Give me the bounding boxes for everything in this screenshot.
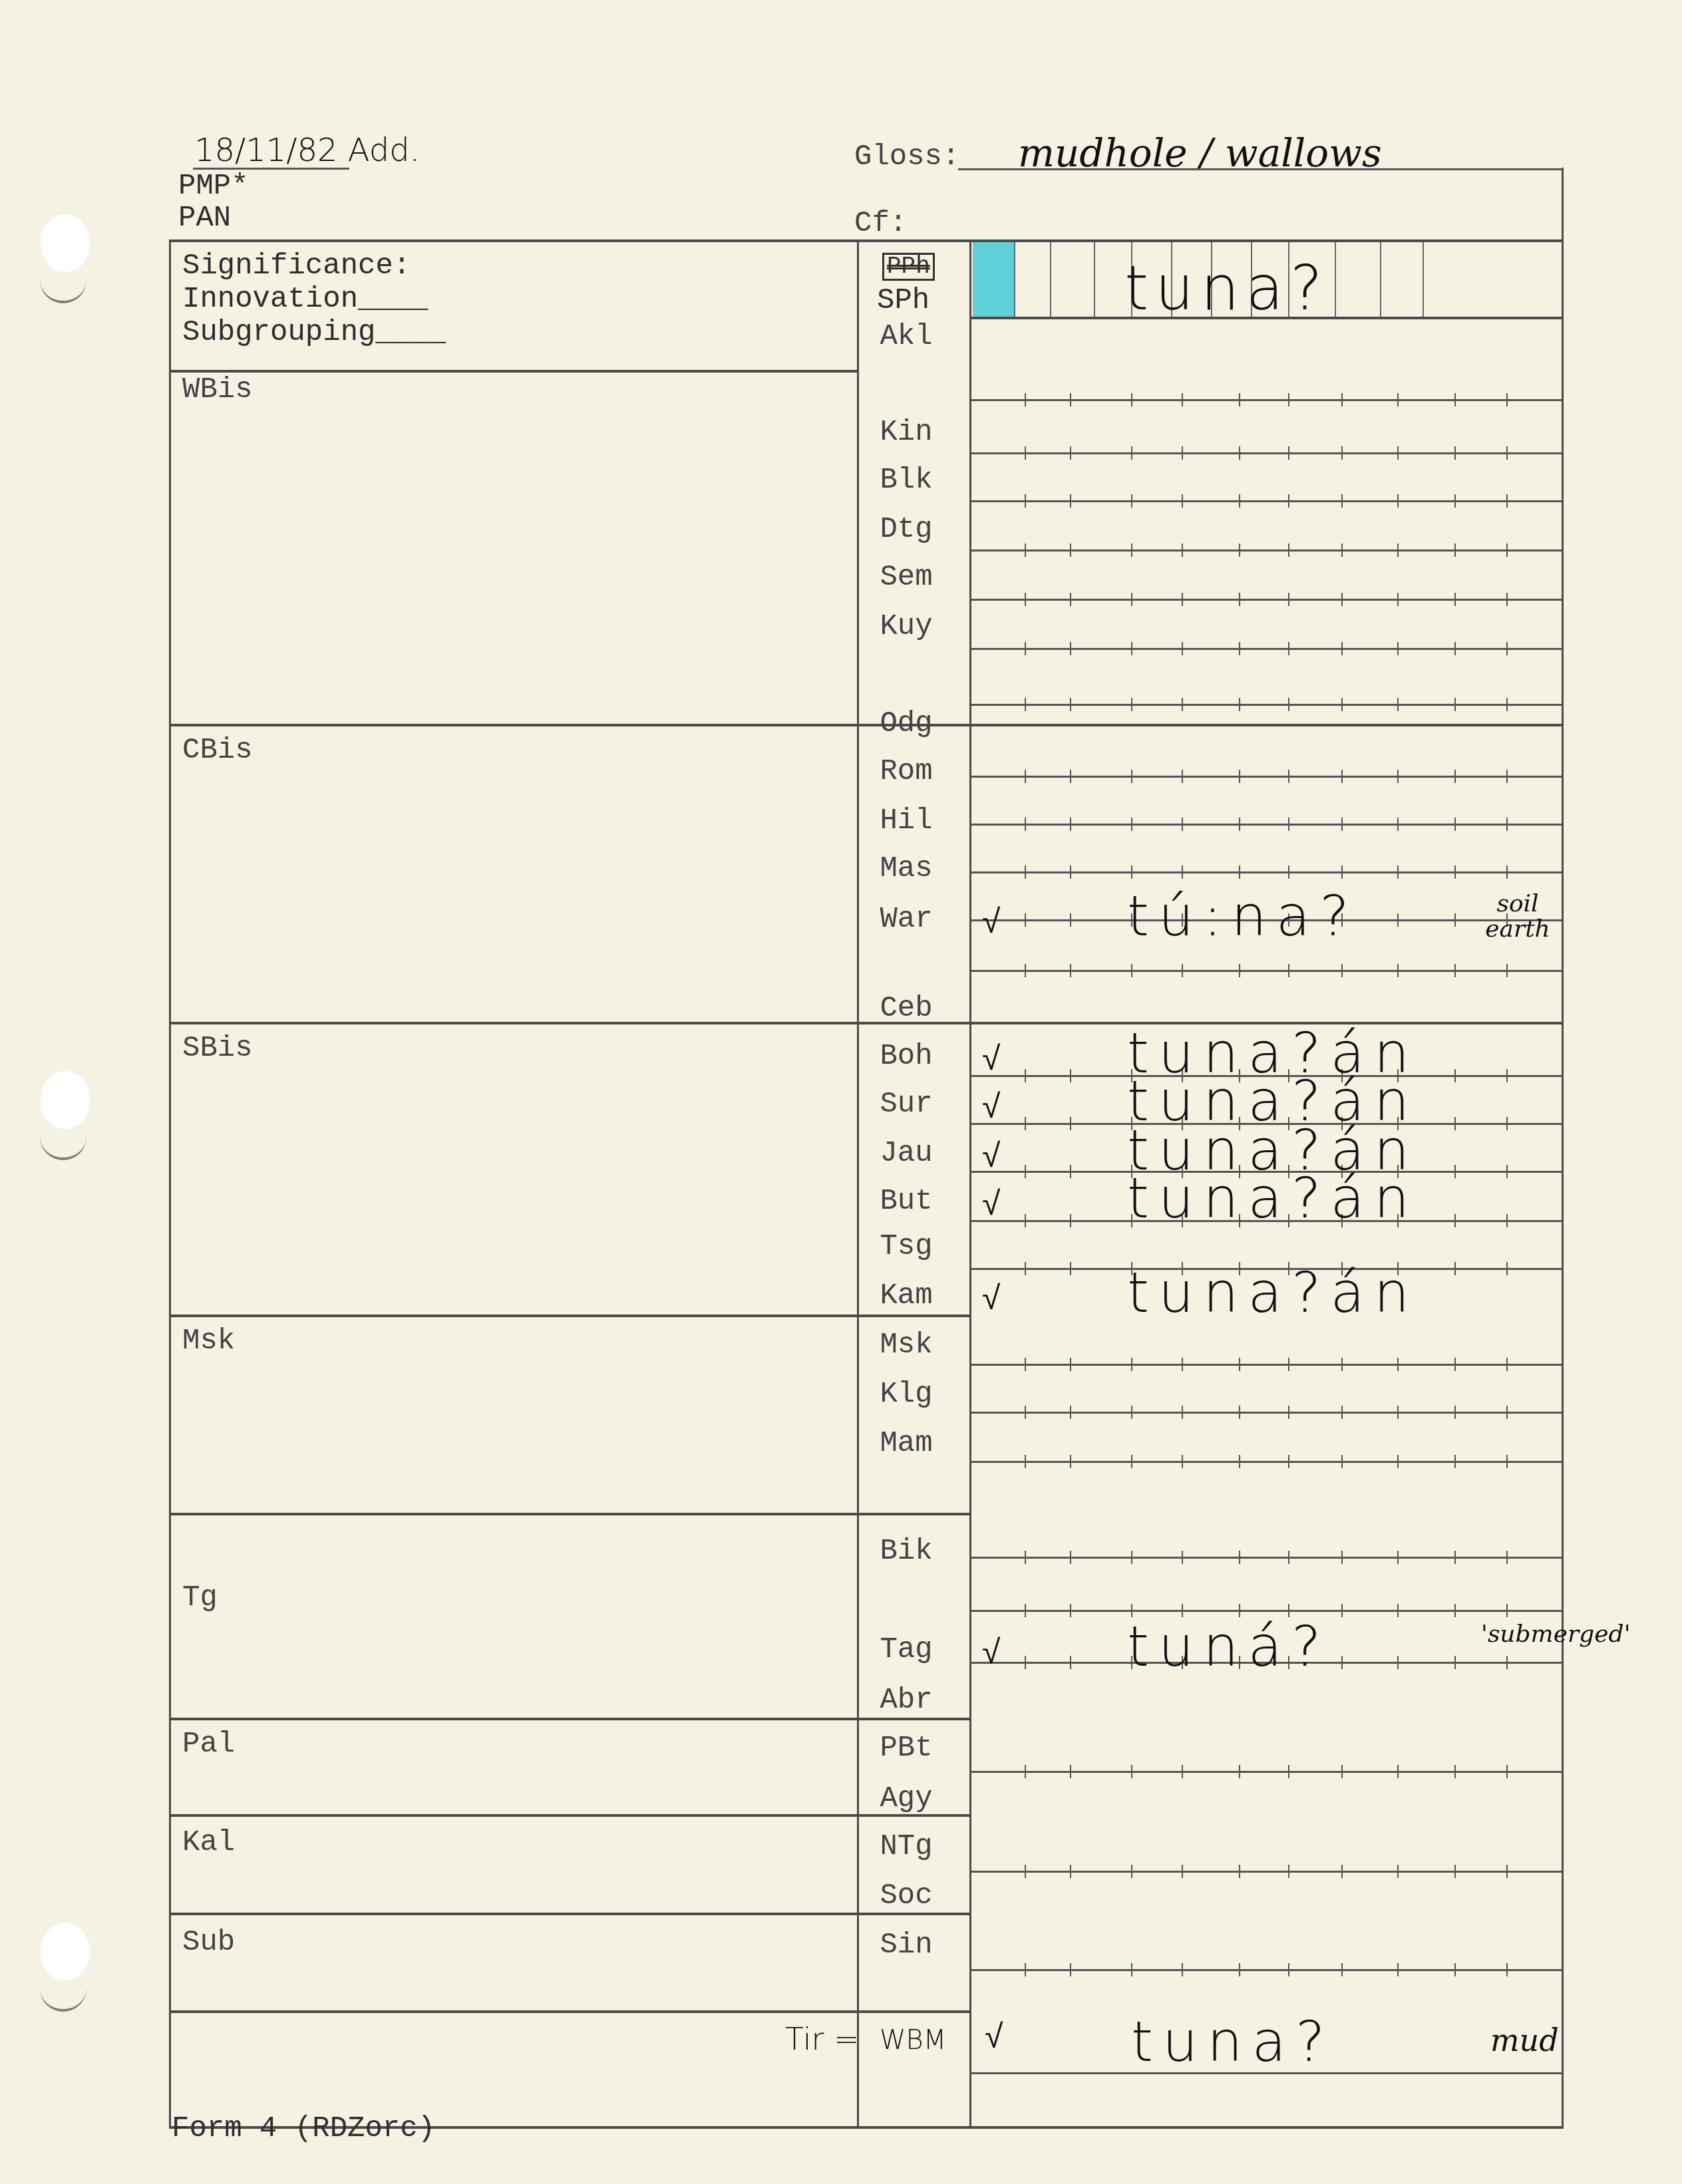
language-label-kin: Kin [853, 418, 959, 447]
row-tick-mark [1341, 1358, 1343, 1371]
row-tick-mark [1341, 544, 1343, 557]
row-tick-mark [1070, 1963, 1071, 1976]
row-tick-mark [1454, 1358, 1456, 1371]
row-tick-mark [1506, 393, 1508, 406]
row-tick-mark [1131, 964, 1132, 977]
row-tick-mark [1070, 1214, 1071, 1227]
frame-top-border [169, 239, 1564, 242]
row-tick-mark [1025, 1604, 1026, 1617]
row-tick-mark [1397, 1551, 1399, 1564]
entry-row-line [971, 776, 1562, 778]
row-tick-mark [1454, 1765, 1456, 1778]
row-tick-mark [1025, 964, 1026, 977]
language-label-sem: Sem [853, 563, 959, 592]
row-tick-mark [1070, 642, 1071, 655]
gloss-note: soil earth [1481, 891, 1554, 942]
row-tick-mark [1131, 1551, 1132, 1564]
group-label-msk: Msk [182, 1326, 235, 1356]
entry-row-line [971, 648, 1562, 650]
row-tick-mark [1506, 1963, 1508, 1976]
row-tick-mark [1397, 865, 1399, 879]
language-label-abr: Abr [853, 1686, 959, 1715]
row-tick-mark [1397, 818, 1399, 831]
row-tick-mark [1397, 913, 1399, 927]
language-label-klg: Klg [853, 1380, 959, 1409]
row-tick-mark [1070, 1406, 1071, 1419]
sph-form[interactable]: tuna? [1124, 253, 1329, 324]
row-tick-mark [1454, 913, 1456, 927]
row-tick-mark [1025, 1214, 1026, 1227]
row-tick-mark [1182, 698, 1183, 711]
row-tick-mark [1288, 1406, 1289, 1419]
row-tick-mark [1025, 1406, 1026, 1419]
row-tick-mark [1506, 1604, 1508, 1617]
row-tick-mark [1070, 770, 1071, 783]
row-tick-mark [1025, 593, 1026, 606]
row-tick-mark [1341, 865, 1343, 879]
row-tick-mark [1454, 818, 1456, 831]
row-tick-mark [1288, 698, 1289, 711]
row-tick-mark [1025, 1117, 1026, 1130]
row-tick-mark [1131, 494, 1132, 508]
row-tick-mark [1397, 593, 1399, 606]
row-tick-mark [1288, 593, 1289, 606]
row-tick-mark [1397, 494, 1399, 508]
row-tick-mark [1506, 1214, 1508, 1227]
row-tick-mark [1025, 818, 1026, 831]
row-tick-mark [1454, 393, 1456, 406]
language-label-tag: Tag [853, 1635, 959, 1664]
row-tick-mark [1239, 1865, 1240, 1878]
group-divider [169, 1718, 971, 1720]
binder-hole-shadow [40, 1972, 86, 2012]
row-tick-mark [1454, 544, 1456, 557]
gloss-underline [958, 168, 1564, 170]
row-tick-mark [1070, 393, 1071, 406]
row-tick-mark [1070, 865, 1071, 879]
row-tick-mark [1341, 964, 1343, 977]
row-tick-mark [1025, 446, 1026, 460]
row-tick-mark [1454, 446, 1456, 460]
form-footer-label: Form 4 (RDZorc) [172, 2114, 435, 2143]
row-tick-mark [1454, 1165, 1456, 1178]
row-tick-mark [1506, 544, 1508, 557]
row-tick-mark [1239, 865, 1240, 879]
row-tick-mark [1131, 1765, 1132, 1778]
row-tick-mark [1506, 865, 1508, 879]
row-tick-mark [1182, 770, 1183, 783]
row-tick-mark [1025, 770, 1026, 783]
row-tick-mark [1182, 964, 1183, 977]
pmp-label: PMP* [178, 172, 249, 201]
row-tick-mark [1454, 1551, 1456, 1564]
row-tick-mark [1397, 1455, 1399, 1468]
entry-row-line [971, 1557, 1562, 1559]
row-tick-mark [1025, 393, 1026, 406]
group-label-sub: Sub [182, 1928, 235, 1957]
language-label-bik: Bik [853, 1537, 959, 1566]
row-tick-mark [1239, 642, 1240, 655]
row-tick-mark [1506, 1262, 1508, 1275]
row-tick-mark [1070, 1765, 1071, 1778]
row-tick-mark [1397, 964, 1399, 977]
row-tick-mark [1454, 1865, 1456, 1878]
row-tick-mark [1341, 642, 1343, 655]
row-tick-mark [1506, 494, 1508, 508]
extra-language: WBM [880, 2025, 946, 2056]
row-tick-mark [1506, 1069, 1508, 1082]
row-tick-mark [1454, 1069, 1456, 1082]
group-divider [169, 1913, 971, 1915]
row-tick-mark [1239, 770, 1240, 783]
row-tick-mark [1025, 1963, 1026, 1976]
row-tick-mark [1506, 1406, 1508, 1419]
innovation-label[interactable]: Innovation____ [182, 285, 428, 314]
row-tick-mark [1341, 1656, 1343, 1669]
row-tick-mark [1025, 1656, 1026, 1669]
language-label-agy: Agy [853, 1784, 959, 1813]
entry-row-line [971, 1771, 1562, 1773]
grid-cell-divider [1423, 242, 1424, 317]
row-tick-mark [1131, 1865, 1132, 1878]
row-tick-mark [1070, 1865, 1071, 1878]
group-label-cbis: CBis [182, 736, 253, 765]
row-tick-mark [1454, 1455, 1456, 1468]
row-tick-mark [1397, 393, 1399, 406]
row-tick-mark [1070, 1656, 1071, 1669]
checkmark-icon: √ [982, 1087, 1000, 1126]
binder-hole-shadow [40, 263, 86, 303]
row-tick-mark [1341, 1963, 1343, 1976]
row-tick-mark [1397, 1865, 1399, 1878]
row-tick-mark [1288, 964, 1289, 977]
row-tick-mark [1070, 1604, 1071, 1617]
row-tick-mark [1288, 770, 1289, 783]
row-tick-mark [1288, 1551, 1289, 1564]
language-label-sur: Sur [853, 1090, 959, 1119]
row-tick-mark [1070, 544, 1071, 557]
row-tick-mark [1288, 1358, 1289, 1371]
row-tick-mark [1341, 446, 1343, 460]
language-label-mam: Mam [853, 1429, 959, 1458]
row-tick-mark [1506, 1165, 1508, 1178]
row-tick-mark [1239, 698, 1240, 711]
row-tick-mark [1025, 913, 1026, 927]
row-tick-mark [1025, 1551, 1026, 1564]
entry-row-line [971, 599, 1562, 601]
cognate-form[interactable]: tuna?án [1127, 1260, 1419, 1325]
row-tick-mark [1454, 593, 1456, 606]
row-tick-mark [1182, 393, 1183, 406]
language-label-blk: Blk [853, 466, 959, 495]
row-tick-mark [1397, 446, 1399, 460]
row-tick-mark [1454, 770, 1456, 783]
row-tick-mark [1341, 1865, 1343, 1878]
row-tick-mark [1506, 1656, 1508, 1669]
row-tick-mark [1288, 1455, 1289, 1468]
language-label-hil: Hil [853, 806, 959, 836]
row-tick-mark [1182, 593, 1183, 606]
row-tick-mark [1454, 494, 1456, 508]
language-label-kam: Kam [853, 1281, 959, 1311]
row-tick-mark [1454, 1963, 1456, 1976]
row-tick-mark [1341, 698, 1343, 711]
row-tick-mark [1025, 494, 1026, 508]
row-tick-mark [1070, 593, 1071, 606]
frame-left-border [169, 239, 171, 2129]
sph-highlight [973, 242, 1014, 317]
extra-form[interactable]: tuna? [1131, 2009, 1334, 2074]
cf-label: Cf: [854, 209, 907, 238]
row-tick-mark [1239, 1551, 1240, 1564]
entry-row-line [971, 1610, 1562, 1612]
row-tick-mark [1341, 593, 1343, 606]
group-divider [169, 1814, 971, 1817]
language-label-dtg: Dtg [853, 515, 959, 544]
language-label-akl: Akl [853, 322, 959, 351]
row-tick-mark [1070, 494, 1071, 508]
binder-hole-shadow [40, 1120, 86, 1160]
row-tick-mark [1506, 1765, 1508, 1778]
row-tick-mark [1288, 446, 1289, 460]
row-tick-mark [1454, 1406, 1456, 1419]
language-label-ntg: NTg [853, 1832, 959, 1861]
checkmark-icon: √ [982, 1136, 1000, 1175]
row-tick-mark [1341, 1551, 1343, 1564]
row-tick-mark [1397, 770, 1399, 783]
row-tick-mark [1239, 1963, 1240, 1976]
row-tick-mark [1397, 698, 1399, 711]
row-tick-mark [1025, 1358, 1026, 1371]
row-tick-mark [1506, 770, 1508, 783]
checkmark-icon: √ [982, 1279, 1000, 1317]
row-tick-mark [1131, 446, 1132, 460]
checkmark-icon: √ [982, 1039, 1000, 1078]
row-tick-mark [1131, 544, 1132, 557]
row-tick-mark [1182, 818, 1183, 831]
row-tick-mark [1454, 1262, 1456, 1275]
entry-row-line [971, 704, 1562, 706]
row-tick-mark [1131, 642, 1132, 655]
row-tick-mark [1454, 1214, 1456, 1227]
row-tick-mark [1454, 698, 1456, 711]
row-tick-mark [1025, 698, 1026, 711]
row-tick-mark [1341, 770, 1343, 783]
row-tick-mark [1288, 642, 1289, 655]
group-divider [169, 1513, 971, 1515]
row-tick-mark [1182, 446, 1183, 460]
row-tick-mark [1131, 818, 1132, 831]
row-tick-mark [1070, 1551, 1071, 1564]
row-tick-mark [1070, 1358, 1071, 1371]
row-tick-mark [1182, 1406, 1183, 1419]
language-label-tsg: Tsg [853, 1232, 959, 1261]
group-divider [169, 370, 858, 373]
row-tick-mark [1131, 1406, 1132, 1419]
row-tick-mark [1239, 964, 1240, 977]
checkmark-icon: √ [982, 1184, 1000, 1223]
row-tick-mark [1341, 1604, 1343, 1617]
grid-cell-divider [1094, 242, 1095, 317]
subgrouping-label[interactable]: Subgrouping____ [182, 318, 446, 347]
entry-row-line [971, 500, 1562, 502]
row-tick-mark [1070, 446, 1071, 460]
cognate-form[interactable]: tuna?án [1127, 1166, 1419, 1231]
row-tick-mark [1025, 1865, 1026, 1878]
row-tick-mark [1182, 1963, 1183, 1976]
row-tick-mark [1454, 1604, 1456, 1617]
row-tick-mark [1239, 1765, 1240, 1778]
grid-cell-divider [1380, 242, 1381, 317]
row-tick-mark [1025, 544, 1026, 557]
row-tick-mark [1239, 544, 1240, 557]
row-tick-mark [1239, 1455, 1240, 1468]
entry-row-line [971, 871, 1562, 873]
row-tick-mark [1506, 1455, 1508, 1468]
language-label-msk: Msk [853, 1330, 959, 1360]
entry-row-line [971, 1461, 1562, 1463]
row-tick-mark [1454, 1656, 1456, 1669]
row-tick-mark [1182, 544, 1183, 557]
row-tick-mark [1239, 446, 1240, 460]
row-tick-mark [1025, 642, 1026, 655]
row-tick-mark [1397, 1765, 1399, 1778]
row-tick-mark [1506, 1117, 1508, 1130]
group-label-wbis: WBis [182, 375, 253, 404]
significance-title: Significance: [182, 251, 411, 281]
entry-row-line [971, 549, 1562, 551]
row-tick-mark [1131, 770, 1132, 783]
entry-row-line [971, 1364, 1562, 1366]
row-tick-mark [1288, 544, 1289, 557]
row-tick-mark [1397, 642, 1399, 655]
language-label-ceb: Ceb [853, 994, 959, 1023]
row-tick-mark [1239, 393, 1240, 406]
row-tick-mark [1506, 964, 1508, 977]
row-tick-mark [1341, 393, 1343, 406]
row-tick-mark [1239, 1406, 1240, 1419]
row-tick-mark [1131, 698, 1132, 711]
cognate-form[interactable]: tuná? [1127, 1614, 1330, 1679]
gloss-note: 'submerged' [1481, 1622, 1554, 1647]
row-tick-mark [1506, 698, 1508, 711]
row-tick-mark [1454, 865, 1456, 879]
language-label-war: War [853, 905, 959, 934]
row-tick-mark [1131, 393, 1132, 406]
row-tick-mark [1239, 593, 1240, 606]
row-tick-mark [1025, 1069, 1026, 1082]
grid-cell-divider [1335, 242, 1336, 317]
row-tick-mark [1239, 494, 1240, 508]
entry-row-line [971, 824, 1562, 826]
row-tick-mark [1239, 1358, 1240, 1371]
extra-note: mud [1490, 2022, 1559, 2058]
row-tick-mark [1182, 494, 1183, 508]
row-tick-mark [1025, 1165, 1026, 1178]
entry-row-line [971, 399, 1562, 401]
sph-language-label: SPh [877, 286, 929, 315]
row-tick-mark [1506, 446, 1508, 460]
entry-row-line [971, 1969, 1562, 1971]
entry-row-line [971, 970, 1562, 972]
row-tick-mark [1070, 913, 1071, 927]
row-tick-mark [1070, 1165, 1071, 1178]
group-label-pal: Pal [182, 1730, 235, 1759]
extra-left-note: Tir = [785, 2021, 860, 2057]
checkmark-icon: √ [982, 902, 1000, 941]
row-tick-mark [1454, 1117, 1456, 1130]
row-tick-mark [1397, 1406, 1399, 1419]
row-tick-mark [1397, 1604, 1399, 1617]
group-label-sbis: SBis [182, 1034, 253, 1063]
extra-check-icon: √ [985, 2017, 1003, 2056]
row-tick-mark [1131, 1963, 1132, 1976]
row-tick-mark [1182, 1865, 1183, 1878]
cognate-form[interactable]: tú:na? [1127, 883, 1359, 949]
row-tick-mark [1182, 1551, 1183, 1564]
language-label-but: But [853, 1187, 959, 1216]
row-tick-mark [1288, 393, 1289, 406]
group-label-kal: Kal [182, 1828, 235, 1857]
row-tick-mark [1506, 642, 1508, 655]
row-tick-mark [1506, 1358, 1508, 1371]
group-label-tg: Tg [182, 1583, 218, 1613]
row-tick-mark [1131, 865, 1132, 879]
row-tick-mark [1025, 865, 1026, 879]
language-label-pbt: PBt [853, 1734, 959, 1763]
row-tick-mark [1288, 1963, 1289, 1976]
entry-row-line [971, 1412, 1562, 1414]
row-tick-mark [1341, 1406, 1343, 1419]
row-tick-mark [1506, 818, 1508, 831]
grid-cell-divider [1050, 242, 1051, 317]
row-tick-mark [1239, 818, 1240, 831]
row-tick-mark [1182, 642, 1183, 655]
language-label-soc: Soc [853, 1881, 959, 1911]
row-tick-mark [1454, 964, 1456, 977]
row-tick-mark [1182, 865, 1183, 879]
row-tick-mark [1070, 1117, 1071, 1130]
row-tick-mark [1025, 1455, 1026, 1468]
entry-row-line [971, 1871, 1562, 1873]
row-tick-mark [1397, 544, 1399, 557]
row-tick-mark [1131, 593, 1132, 606]
row-tick-mark [1182, 1765, 1183, 1778]
entry-row-line [971, 452, 1562, 454]
row-tick-mark [1288, 494, 1289, 508]
row-tick-mark [1397, 1358, 1399, 1371]
language-label-jau: Jau [853, 1139, 959, 1168]
row-tick-mark [1025, 1765, 1026, 1778]
group-divider [169, 2010, 971, 2013]
column-divider-right [969, 239, 971, 2129]
row-tick-mark [1341, 1455, 1343, 1468]
group-divider [169, 1315, 971, 1317]
row-tick-mark [1506, 593, 1508, 606]
row-tick-mark [1288, 1865, 1289, 1878]
grid-cell-divider [1014, 242, 1015, 317]
row-tick-mark [1341, 1765, 1343, 1778]
row-tick-mark [1070, 1262, 1071, 1275]
row-tick-mark [1506, 1865, 1508, 1878]
row-tick-mark [1131, 1455, 1132, 1468]
language-label-sin: Sin [853, 1931, 959, 1960]
language-label-mas: Mas [853, 854, 959, 883]
language-label-rom: Rom [853, 757, 959, 786]
row-tick-mark [1454, 642, 1456, 655]
row-tick-mark [1506, 1551, 1508, 1564]
row-tick-mark [1182, 1455, 1183, 1468]
